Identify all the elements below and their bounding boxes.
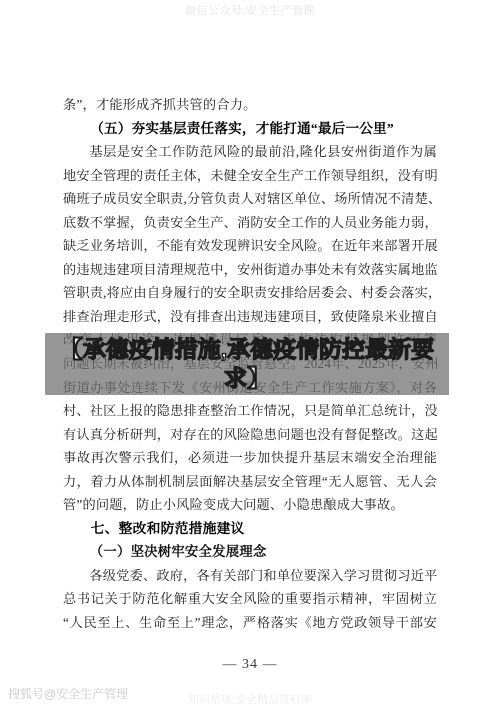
doc-line: 管职责,将应由自身履行的安全职责安排给居委会、村委会落实， xyxy=(63,281,437,305)
doc-line: 力，着力从体制机制层面解决基层安全管理“无人愿管、无人会 xyxy=(63,470,437,494)
banner-title-line-1: 【承德疫情措施,承德疫情防控最新要 xyxy=(60,335,434,364)
doc-line: 缺乏业务培训，不能有效发现辨识安全风险。在近年来部署开展 xyxy=(63,234,437,258)
banner-title-line-2: 求】 xyxy=(224,364,270,393)
watermark-bottom-center: 知识星球:安全精品资料库 xyxy=(0,691,500,707)
doc-line: 有认真分析研判，对存在的风险隐患问题也没有督促整改。这起 xyxy=(63,423,437,447)
subsection-heading-1: （一）坚决树牢安全发展理念 xyxy=(63,540,437,564)
doc-line: 总书记关于防范化解重大安全风险的重要指示精神，牢固树立 xyxy=(63,587,437,611)
doc-line: 确班子成员安全职责,分管负责人对辖区单位、场所情况不清楚、 xyxy=(63,187,437,211)
doc-line: 管”的问题，防止小风险变成大问题、小隐患酿成大事故。 xyxy=(63,493,437,517)
highlight-banner: 【承德疫情措施,承德疫情防控最新要 求】 xyxy=(45,333,449,395)
doc-line: 的违规违建项目清理规范中，安州街道办事处未有效落实属地监 xyxy=(63,258,437,282)
document-page: 微信公众号:安全生产管理 条”，才能形成齐抓共管的合力。 （五）夯实基层责任落实… xyxy=(0,0,500,707)
doc-line: 村、社区上报的隐患排查整治工作情况，只是简单汇总统计，没 xyxy=(63,399,437,423)
watermark-top: 微信公众号:安全生产管理 xyxy=(0,2,500,18)
page-number: — 34 — xyxy=(0,657,500,673)
doc-line: 地安全管理的责任主体，未健全安全生产工作领导组织，没有明 xyxy=(63,164,437,188)
doc-line: 事故再次警示我们，必须进一步加快提升基层末端安全治理能 xyxy=(63,446,437,470)
section-heading-5: （五）夯实基层责任落实，才能打通“最后一公里” xyxy=(63,117,437,141)
doc-line: 底数不掌握，负责安全生产、消防安全工作的人员业务能力弱， xyxy=(63,211,437,235)
doc-line: 基层是安全工作防范风险的最前沿,隆化县安州街道作为属 xyxy=(63,140,437,164)
doc-line: “人民至上、生命至上”理念，严格落实《地方党政领导干部安 xyxy=(63,611,437,635)
section-heading-7: 七、整改和防范措施建议 xyxy=(63,517,437,541)
doc-line: 各级党委、政府，各有关部门和单位要深入学习贯彻习近平 xyxy=(63,564,437,588)
doc-line: 排查治理走形式，没有排查出违规违建项目，致使隆泉米业擅自 xyxy=(63,305,437,329)
doc-line: 条”，才能形成齐抓共管的合力。 xyxy=(63,93,437,117)
